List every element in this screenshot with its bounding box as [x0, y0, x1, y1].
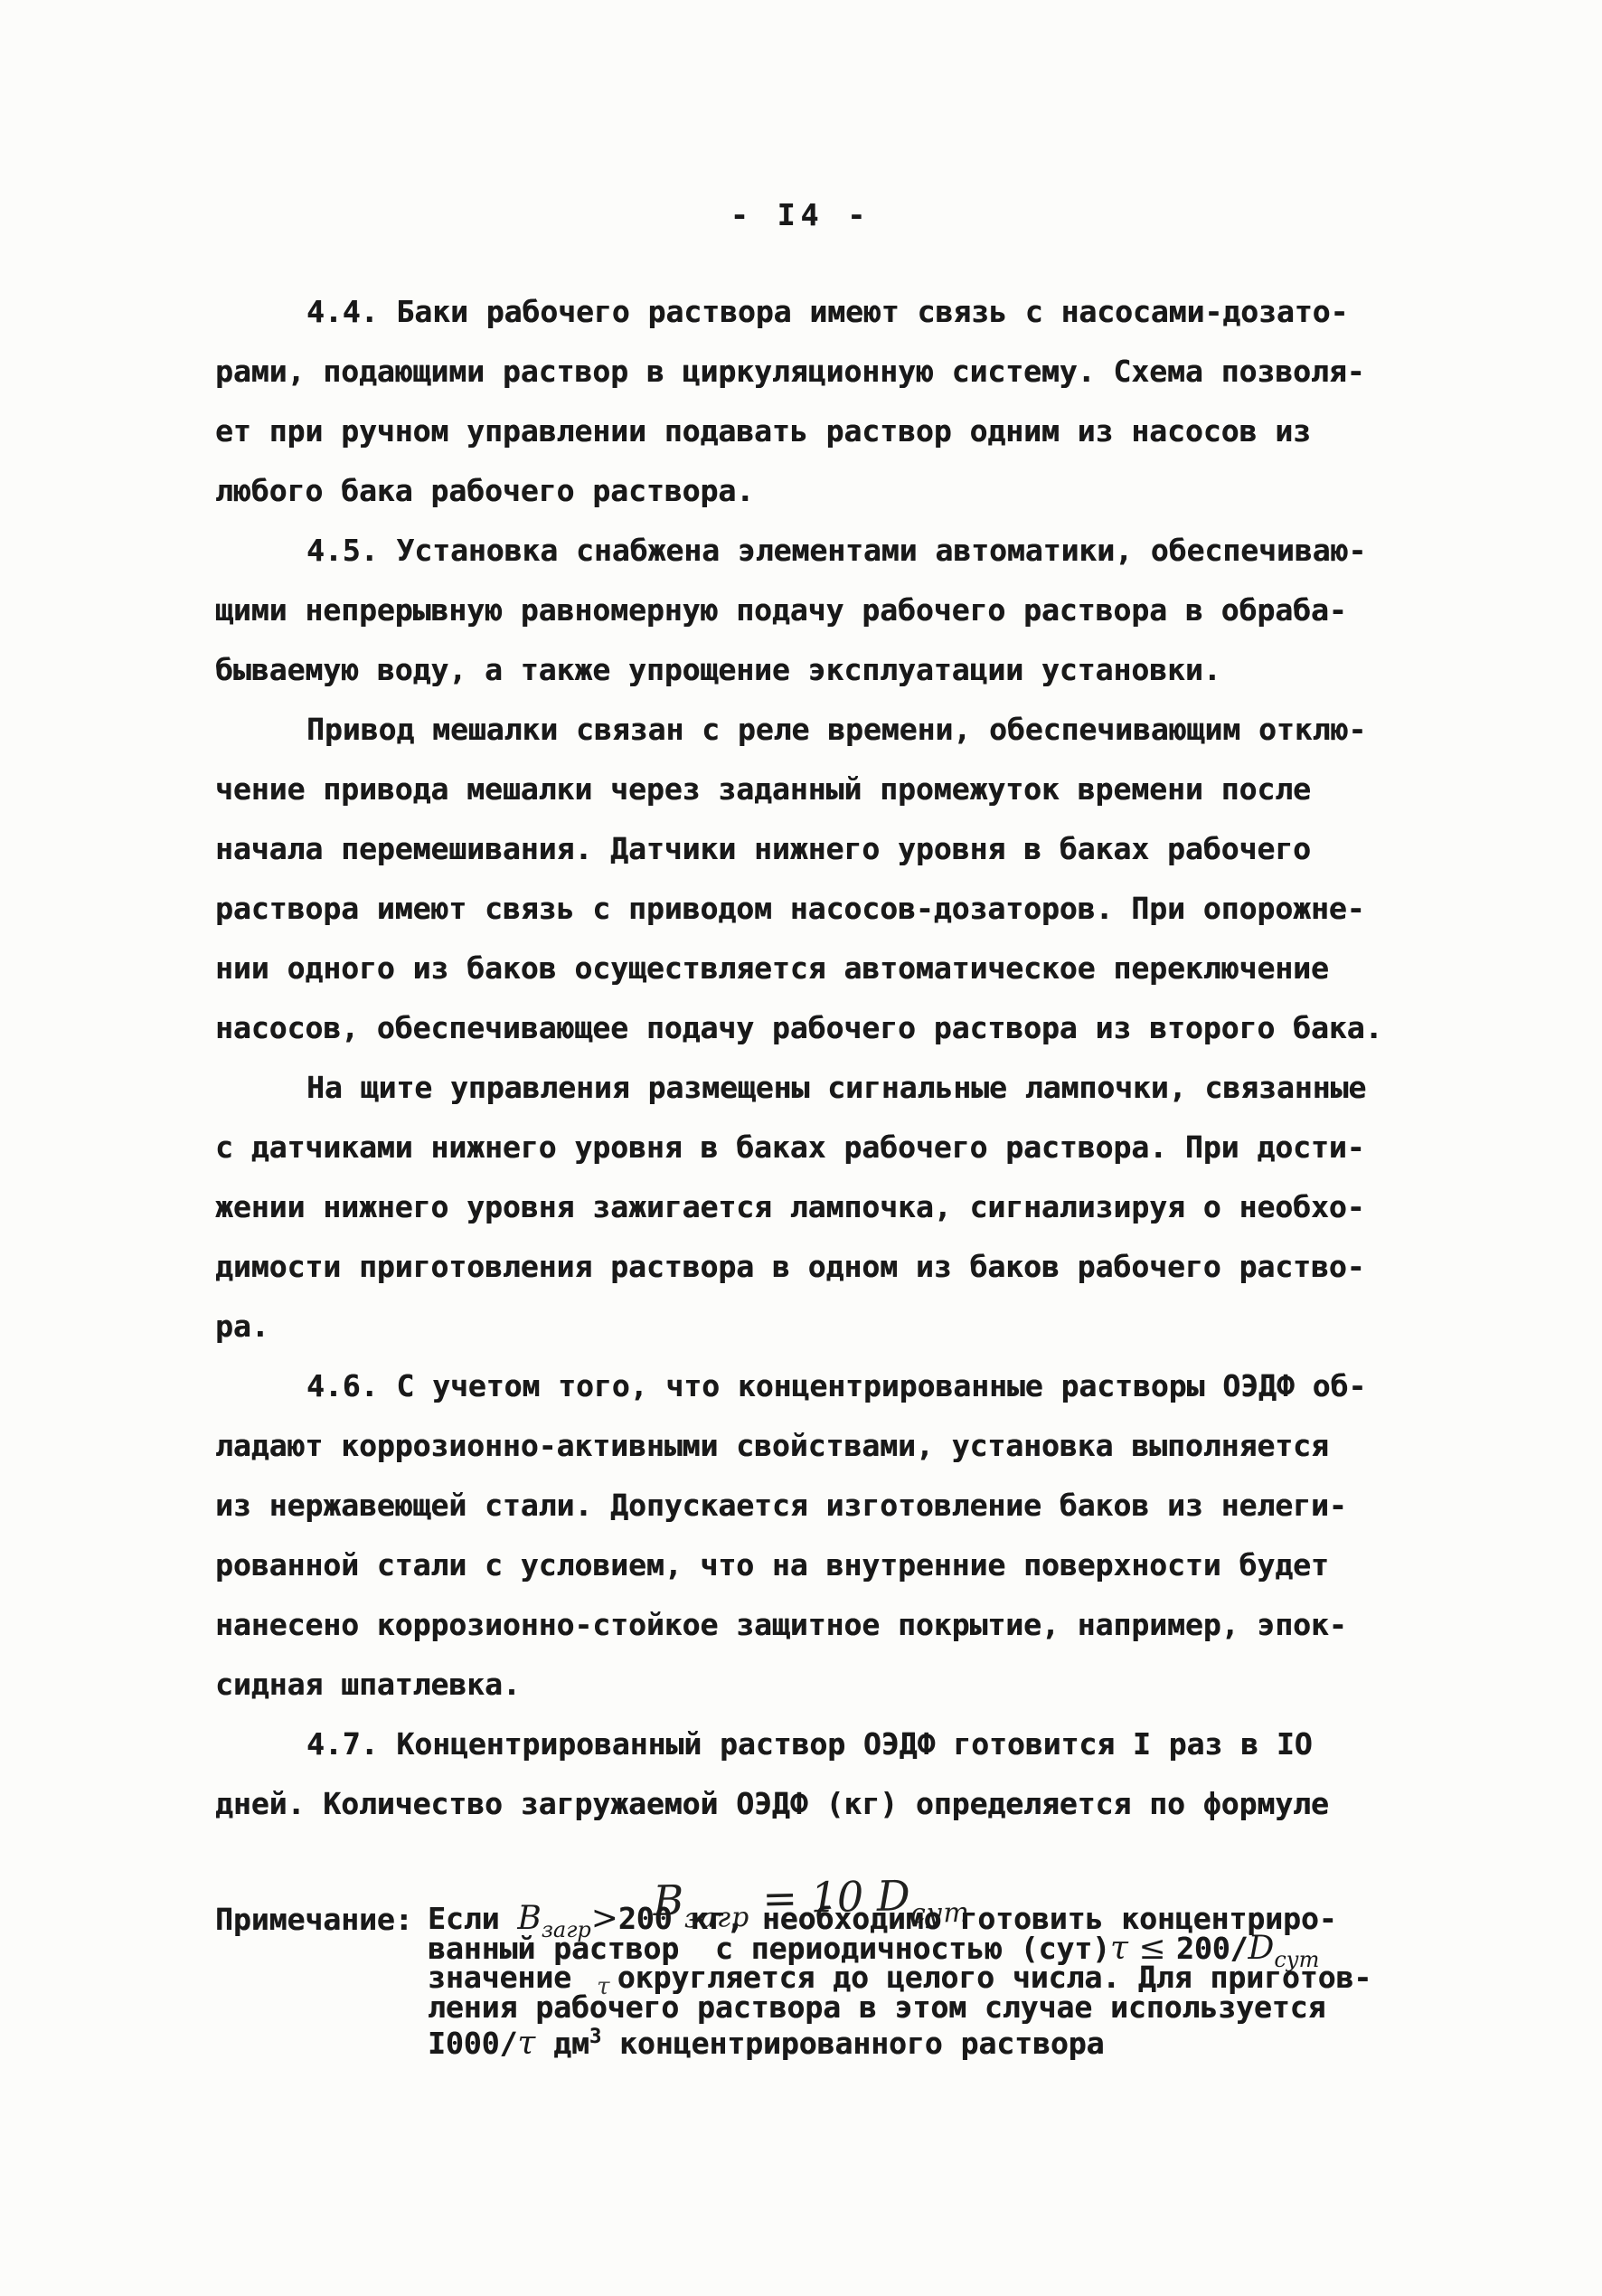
- body-line-24: сидная шпатлевка.: [215, 1655, 1499, 1715]
- body-line-18: ра.: [215, 1297, 1499, 1356]
- note-block: Примечание: Если Взагр>200 кг, необходим…: [215, 1903, 1499, 2052]
- note-line-3: значение τ округляется до целого числа. …: [428, 1962, 1499, 1992]
- note-line-1: Если Взагр>200 кг, необходимо готовить к…: [428, 1903, 1499, 1932]
- body-line-7: бываемую воду, а также упрощение эксплуа…: [215, 640, 1499, 700]
- note-line-2: ванный раствор с периодичностью (сут)τ ≤…: [428, 1932, 1499, 1962]
- handwritten-tau-small: τ: [589, 1973, 617, 2000]
- body-line-19: 4.6. С учетом того, что концентрированны…: [215, 1356, 1499, 1416]
- scanned-document-page: - I4 - 4.4. Баки рабочего раствора имеют…: [0, 0, 1602, 2296]
- superscript-3: 3: [589, 2026, 601, 2048]
- body-text: 4.4. Баки рабочего раствора имеют связь …: [215, 282, 1499, 1834]
- note-line-5: I000/τ дм3 концентрированного раствора: [428, 2022, 1499, 2052]
- body-line-16: жении нижнего уровня зажигается лампочка…: [215, 1177, 1499, 1237]
- body-line-2: рами, подающими раствор в циркуляционную…: [215, 342, 1499, 402]
- body-line-1: 4.4. Баки рабочего раствора имеют связь …: [215, 282, 1499, 342]
- body-line-22: рованной стали с условием, что на внутре…: [215, 1535, 1499, 1595]
- body-line-11: раствора имеют связь с приводом насосов-…: [215, 879, 1499, 939]
- note-label: Примечание:: [215, 1904, 413, 1934]
- body-line-15: с датчиками нижнего уровня в баках рабоч…: [215, 1118, 1499, 1177]
- body-line-14: На щите управления размещены сигнальные …: [215, 1058, 1499, 1118]
- body-line-3: ет при ручном управлении подавать раство…: [215, 402, 1499, 461]
- note-body: Если Взагр>200 кг, необходимо готовить к…: [428, 1903, 1499, 2052]
- body-line-25: 4.7. Концентрированный раствор ОЭДФ гото…: [215, 1715, 1499, 1774]
- body-line-5: 4.5. Установка снабжена элементами автом…: [215, 521, 1499, 581]
- body-line-9: чение привода мешалки через заданный про…: [215, 760, 1499, 819]
- body-line-21: из нержавеющей стали. Допускается изгото…: [215, 1476, 1499, 1535]
- note-line-4: ления рабочего раствора в этом случае ис…: [428, 1992, 1499, 2022]
- page-number: - I4 -: [215, 197, 1386, 232]
- body-line-6: щими непрерывную равномерную подачу рабо…: [215, 581, 1499, 640]
- body-line-20: ладают коррозионно-активными свойствами,…: [215, 1416, 1499, 1476]
- body-line-23: нанесено коррозионно-стойкое защитное по…: [215, 1595, 1499, 1655]
- body-line-10: начала перемешивания. Датчики нижнего ур…: [215, 819, 1499, 879]
- handwritten-tau: τ: [517, 2025, 535, 2062]
- body-line-12: нии одного из баков осуществляется автом…: [215, 939, 1499, 998]
- body-line-17: димости приготовления раствора в одном и…: [215, 1237, 1499, 1297]
- body-line-4: любого бака рабочего раствора.: [215, 461, 1499, 521]
- body-line-13: насосов, обеспечивающее подачу рабочего …: [215, 998, 1499, 1058]
- body-line-8: Привод мешалки связан с реле времени, об…: [215, 700, 1499, 760]
